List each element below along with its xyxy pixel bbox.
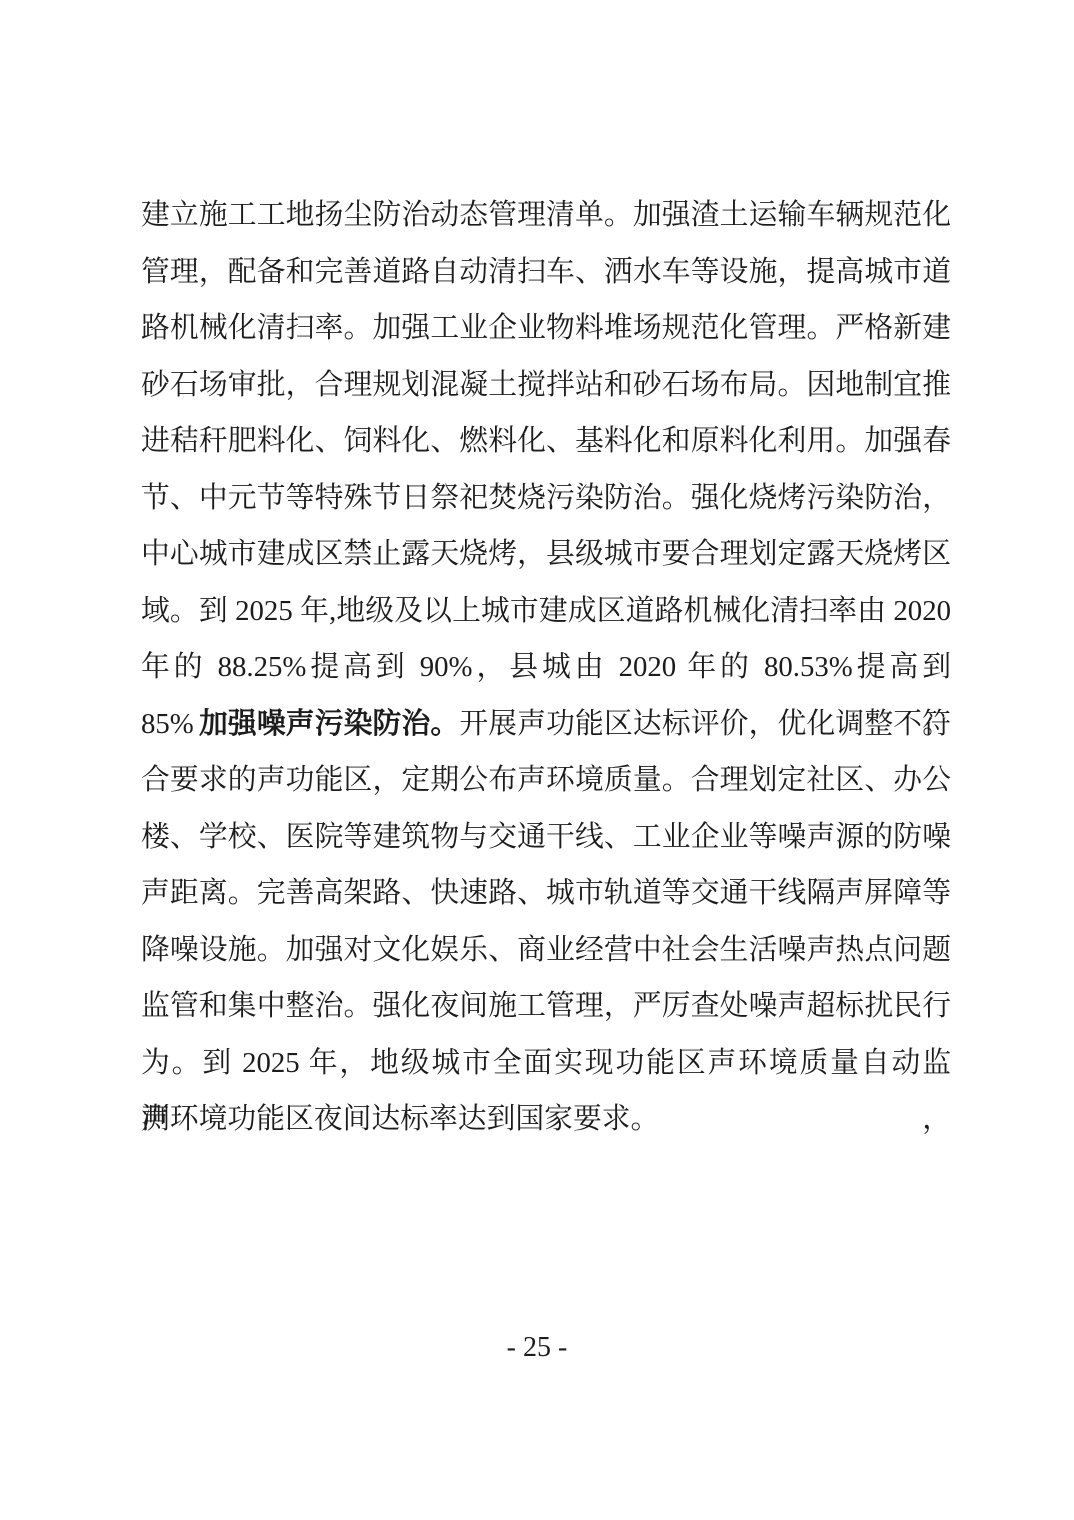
- text-line: 域。到 2025 年,地级及以上城市建成区道路机械化清扫率由 2020: [141, 583, 951, 640]
- text-line: 砂石场审批，合理规划混凝土搅拌站和砂石场布局。因地制宜推: [141, 357, 951, 414]
- page-number: - 25 -: [0, 1328, 1074, 1368]
- text-line: 建立施工工地扬尘防治动态管理清单。加强渣土运输车辆规范化: [141, 187, 951, 244]
- text-segment: 管理，配备和完善道路自动清扫车、洒水车等设施，提高城市道: [141, 256, 951, 288]
- text-line: 年的 88.25%提高到 90%，县城由 2020 年的 80.53%提高到 8…: [141, 639, 951, 696]
- text-line: 节、中元节等特殊节日祭祀焚烧污染防治。强化烧烤污染防治，: [141, 470, 951, 527]
- text-line: 监管和集中整治。强化夜间施工管理，严厉查处噪声超标扰民行: [141, 978, 951, 1035]
- text-line: 合要求的声功能区，定期公布声环境质量。合理划定社区、办公: [141, 752, 951, 809]
- text-segment: 声环境功能区夜间达标率达到国家要求。: [141, 1103, 659, 1135]
- text-segment: 合要求的声功能区，定期公布声环境质量。合理划定社区、办公: [141, 764, 951, 796]
- text-line: 管理，配备和完善道路自动清扫车、洒水车等设施，提高城市道: [141, 244, 951, 301]
- text-line: 中心城市建成区禁止露天烧烤，县级城市要合理划定露天烧烤区: [141, 526, 951, 583]
- text-segment: 降噪设施。加强对文化娱乐、商业经营中社会生活噪声热点问题: [141, 934, 951, 966]
- text-segment: 开展声功能区达标评价，优化调整不符: [459, 708, 951, 740]
- text-line: 声距离。完善高架路、快速路、城市轨道等交通干线隔声屏障等: [141, 865, 951, 922]
- text-line: 楼、学校、医院等建筑物与交通干线、工业企业等噪声源的防噪: [141, 809, 951, 866]
- text-segment: 监管和集中整治。强化夜间施工管理，严厉查处噪声超标扰民行: [141, 990, 951, 1022]
- text-segment: 砂石场审批，合理规划混凝土搅拌站和砂石场布局。因地制宜推: [141, 369, 951, 401]
- text-line: 路机械化清扫率。加强工业企业物料堆场规范化管理。严格新建: [141, 300, 951, 357]
- text-segment: 声距离。完善高架路、快速路、城市轨道等交通干线隔声屏障等: [141, 877, 951, 909]
- text-line: 加强噪声污染防治。开展声功能区达标评价，优化调整不符: [141, 696, 951, 753]
- text-segment: 路机械化清扫率。加强工业企业物料堆场规范化管理。严格新建: [141, 312, 951, 344]
- text-line: 降噪设施。加强对文化娱乐、商业经营中社会生活噪声热点问题: [141, 922, 951, 979]
- text-line: 为。到 2025 年，地级城市全面实现功能区声环境质量自动监测，: [141, 1035, 951, 1092]
- text-segment: 建立施工工地扬尘防治动态管理清单。加强渣土运输车辆规范化: [141, 199, 951, 231]
- text-segment: 中心城市建成区禁止露天烧烤，县级城市要合理划定露天烧烤区: [141, 538, 951, 570]
- body-text-block: 建立施工工地扬尘防治动态管理清单。加强渣土运输车辆规范化管理，配备和完善道路自动…: [141, 187, 951, 1148]
- document-page: 建立施工工地扬尘防治动态管理清单。加强渣土运输车辆规范化管理，配备和完善道路自动…: [0, 0, 1074, 1520]
- text-segment: 节、中元节等特殊节日祭祀焚烧污染防治。强化烧烤污染防治，: [141, 482, 951, 514]
- text-line: 进秸秆肥料化、饲料化、燃料化、基料化和原料化利用。加强春: [141, 413, 951, 470]
- text-segment: 楼、学校、医院等建筑物与交通干线、工业企业等噪声源的防噪: [141, 821, 951, 853]
- text-segment: 进秸秆肥料化、饲料化、燃料化、基料化和原料化利用。加强春: [141, 425, 951, 457]
- bold-text-segment: 加强噪声污染防治。: [199, 708, 459, 740]
- text-segment: 域。到 2025 年,地级及以上城市建成区道路机械化清扫率由 2020: [141, 595, 951, 627]
